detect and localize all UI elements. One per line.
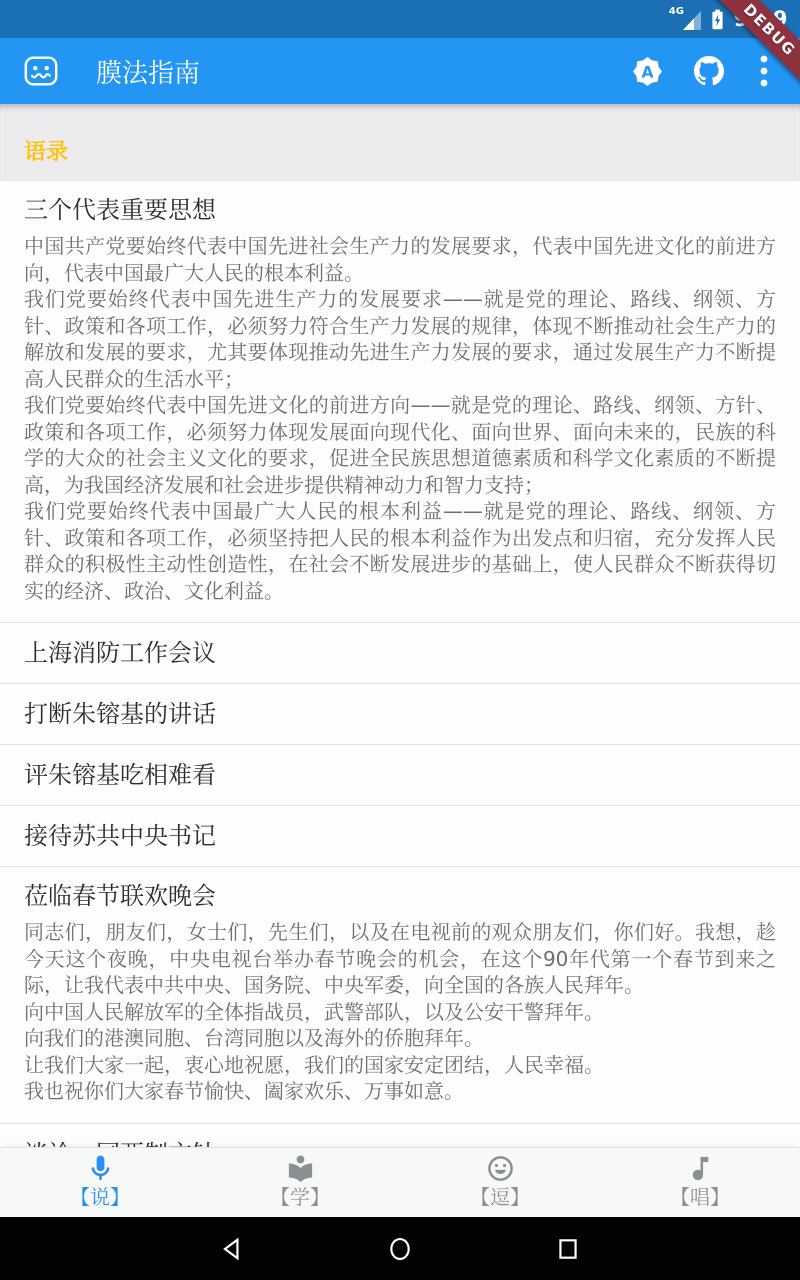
quote-item[interactable]: 接待苏共中央书记 bbox=[0, 806, 800, 866]
quote-item-expanded[interactable]: 三个代表重要思想 中国共产党要始终代表中国先进社会生产力的发展要求，代表中国先进… bbox=[0, 181, 800, 622]
reader-icon bbox=[285, 1153, 316, 1184]
music-note-icon bbox=[685, 1153, 716, 1184]
status-icons: 4G 9:19 bbox=[669, 6, 792, 32]
quote-item[interactable]: 上海消防工作会议 bbox=[0, 623, 800, 683]
overflow-menu-icon bbox=[759, 54, 769, 88]
quote-paragraph: 同志们，朋友们，女士们，先生们，以及在电视前的观众朋友们，你们好。我想，趁今天这… bbox=[24, 919, 776, 999]
quote-title: 打断朱镕基的讲话 bbox=[24, 699, 776, 729]
quote-paragraph: 我也祝你们大家春节愉快、阖家欢乐、万事如意。 bbox=[24, 1078, 776, 1105]
battery-charging-icon bbox=[710, 7, 725, 32]
app-bar: 膜法指南 A bbox=[0, 38, 800, 104]
github-icon bbox=[694, 56, 724, 86]
overflow-menu-button[interactable] bbox=[740, 38, 788, 104]
quote-paragraph: 向我们的港澳同胞、台湾同胞以及海外的侨胞拜年。 bbox=[24, 1025, 776, 1052]
auto-badge-icon: A bbox=[633, 57, 662, 86]
back-button[interactable] bbox=[219, 1236, 245, 1262]
section-header: 语录 bbox=[0, 104, 800, 181]
tab-label: 【唱】 bbox=[670, 1185, 730, 1209]
home-icon bbox=[387, 1236, 413, 1262]
back-icon bbox=[219, 1236, 245, 1262]
smiley-icon bbox=[485, 1153, 516, 1184]
quote-list: 语录 三个代表重要思想 中国共产党要始终代表中国先进社会生产力的发展要求，代表中… bbox=[0, 104, 800, 1148]
recents-button[interactable] bbox=[555, 1236, 581, 1262]
quote-title: 三个代表重要思想 bbox=[24, 195, 776, 225]
quote-title: 上海消防工作会议 bbox=[24, 638, 776, 668]
clock: 9:19 bbox=[734, 7, 788, 31]
recents-icon bbox=[555, 1236, 581, 1262]
quote-item[interactable]: 评朱镕基吃相难看 bbox=[0, 745, 800, 805]
badge-letter: A bbox=[641, 63, 653, 81]
quote-title: 谈论一国两制方针 bbox=[24, 1139, 776, 1149]
quote-title: 接待苏共中央书记 bbox=[24, 821, 776, 851]
quote-paragraph: 我们党要始终代表中国先进生产力的发展要求——就是党的理论、路线、纲领、方针、政策… bbox=[24, 286, 776, 392]
tab-sing[interactable]: 【唱】 bbox=[600, 1148, 800, 1217]
status-bar: 4G 9:19 bbox=[0, 0, 800, 38]
auto-badge-button[interactable]: A bbox=[616, 38, 678, 104]
quote-paragraph: 向中国人民解放军的全体指战员，武警部队，以及公安干警拜年。 bbox=[24, 999, 776, 1026]
quote-title: 评朱镕基吃相难看 bbox=[24, 760, 776, 790]
tab-label: 【逗】 bbox=[470, 1185, 530, 1209]
quote-paragraph: 让我们大家一起，衷心地祝愿，我们的国家安定团结，人民幸福。 bbox=[24, 1052, 776, 1079]
quote-item-expanded[interactable]: 莅临春节联欢晚会 同志们，朋友们，女士们，先生们，以及在电视前的观众朋友们，你们… bbox=[0, 867, 800, 1123]
toad-mask-icon bbox=[22, 52, 60, 90]
quote-paragraph: 中国共产党要始终代表中国先进社会生产力的发展要求，代表中国先进文化的前进方向，代… bbox=[24, 233, 776, 286]
tab-learn[interactable]: 【学】 bbox=[200, 1148, 400, 1217]
tab-label: 【说】 bbox=[70, 1185, 130, 1209]
tab-tease[interactable]: 【逗】 bbox=[400, 1148, 600, 1217]
tab-label: 【学】 bbox=[270, 1185, 330, 1209]
quote-item[interactable]: 打断朱镕基的讲话 bbox=[0, 684, 800, 744]
quote-title: 莅临春节联欢晚会 bbox=[24, 881, 776, 911]
android-screen: 4G 9:19 DEBUG 膜法指南 bbox=[0, 0, 800, 1280]
github-button[interactable] bbox=[678, 38, 740, 104]
android-nav-bar bbox=[0, 1217, 800, 1280]
quote-paragraph: 我们党要始终代表中国先进文化的前进方向——就是党的理论、路线、纲领、方针、政策和… bbox=[24, 392, 776, 498]
quote-item-clipped[interactable]: 谈论一国两制方针 bbox=[0, 1124, 800, 1149]
home-button[interactable] bbox=[387, 1236, 413, 1262]
cellular-signal-icon: 4G bbox=[669, 6, 703, 32]
bottom-tab-bar: 【说】 【学】 【逗】 【唱】 bbox=[0, 1148, 800, 1217]
quote-body: 同志们，朋友们，女士们，先生们，以及在电视前的观众朋友们，你们好。我想，趁今天这… bbox=[24, 919, 776, 1105]
tab-speak[interactable]: 【说】 bbox=[0, 1148, 200, 1217]
microphone-icon bbox=[85, 1153, 116, 1184]
section-header-label: 语录 bbox=[24, 135, 68, 166]
page-title: 膜法指南 bbox=[96, 53, 616, 90]
quote-paragraph: 我们党要始终代表中国最广大人民的根本利益——就是党的理论、路线、纲领、方针、政策… bbox=[24, 498, 776, 604]
quote-body: 中国共产党要始终代表中国先进社会生产力的发展要求，代表中国先进文化的前进方向，代… bbox=[24, 233, 776, 604]
